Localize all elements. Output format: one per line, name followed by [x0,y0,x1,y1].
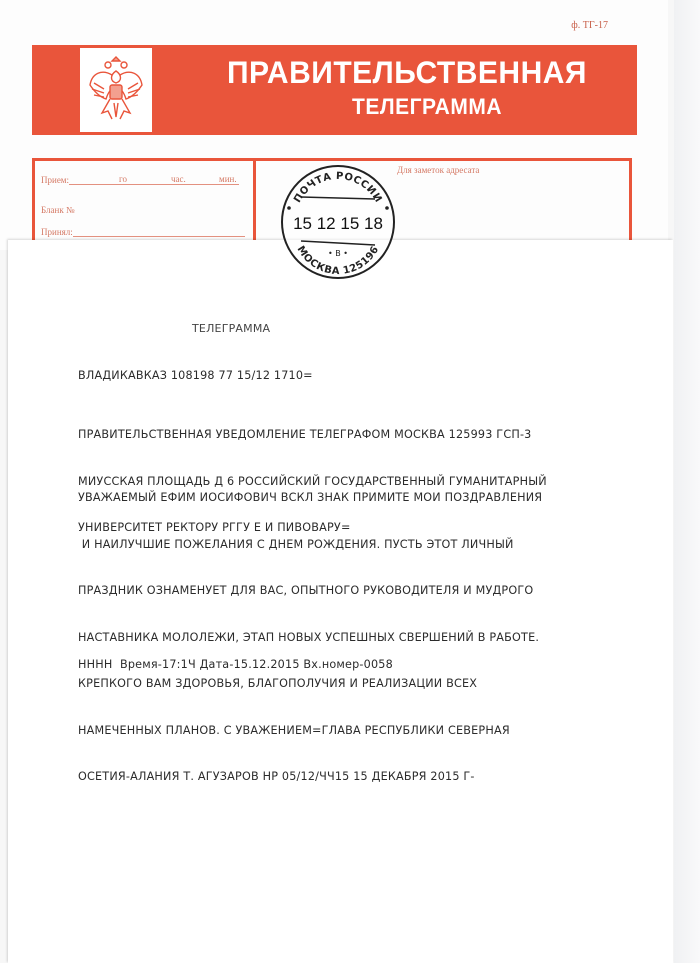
banner-title-line1: ПРАВИТЕЛЬСТВЕННАЯ [32,55,587,91]
stamp-date: 15 12 15 18 [293,214,383,233]
body-line: ПРАЗДНИК ОЗНАМЕНУЕТ ДЛЯ ВАС, ОПЫТНОГО РУ… [78,583,542,599]
recipient-notes-label: Для заметок адресата [397,165,479,175]
banner-title: ПРАВИТЕЛЬСТВЕННАЯ ТЕЛЕГРАММА [32,55,617,120]
form-divider [253,161,256,248]
stamp-letter: • В • [328,249,348,258]
body-line: УВАЖАЕМЫЙ ЕФИМ ИОСИФОВИЧ ВСКЛ ЗНАК ПРИМИ… [78,490,542,506]
body-line: КРЕПКОГО ВАМ ЗДОРОВЬЯ, БЛАГОПОЛУЧИЯ И РЕ… [78,676,542,692]
body-line: ОСЕТИЯ-АЛАНИЯ Т. АГУЗАРОВ НР 05/12/ЧЧ15 … [78,769,542,785]
telegram-origin-line: ВЛАДИКАВКАЗ 108198 77 15/12 1710= [78,368,313,384]
received-field: Прием: го час. мин. [41,175,239,185]
header-banner: ПРАВИТЕЛЬСТВЕННАЯ ТЕЛЕГРАММА [32,45,637,135]
scan-edge [674,0,700,963]
accepted-by-field: Принял: [41,227,245,237]
address-line: ПРАВИТЕЛЬСТВЕННАЯ УВЕДОМЛЕНИЕ ТЕЛЕГРАФОМ… [78,427,547,443]
body-line: НАМЕЧЕННЫХ ПЛАНОВ. С УВАЖЕНИЕМ=ГЛАВА РЕС… [78,723,542,739]
banner-title-line2: ТЕЛЕГРАММА [32,95,502,120]
telegram-footer: НННН Время-17:1Ч Дата-15.12.2015 Вх.номе… [78,657,393,673]
blank-number-field: Бланк № [41,205,75,215]
postal-stamp: ПОЧТА РОССИИ 15 12 15 18 • В • МОСКВА 12… [279,163,397,281]
form-code: ф. ТГ-17 [571,20,608,31]
body-line: НАСТАВНИКА МОЛОЛЕЖИ, ЭТАП НОВЫХ УСПЕШНЫХ… [78,630,542,646]
telegram-heading: ТЕЛЕГРАММА [192,321,270,337]
body-line: И НАИЛУЧШИЕ ПОЖЕЛАНИЯ С ДНЕМ РОЖДЕНИЯ. П… [78,537,542,553]
telegram-body: УВАЖАЕМЫЙ ЕФИМ ИОСИФОВИЧ ВСКЛ ЗНАК ПРИМИ… [78,459,542,800]
